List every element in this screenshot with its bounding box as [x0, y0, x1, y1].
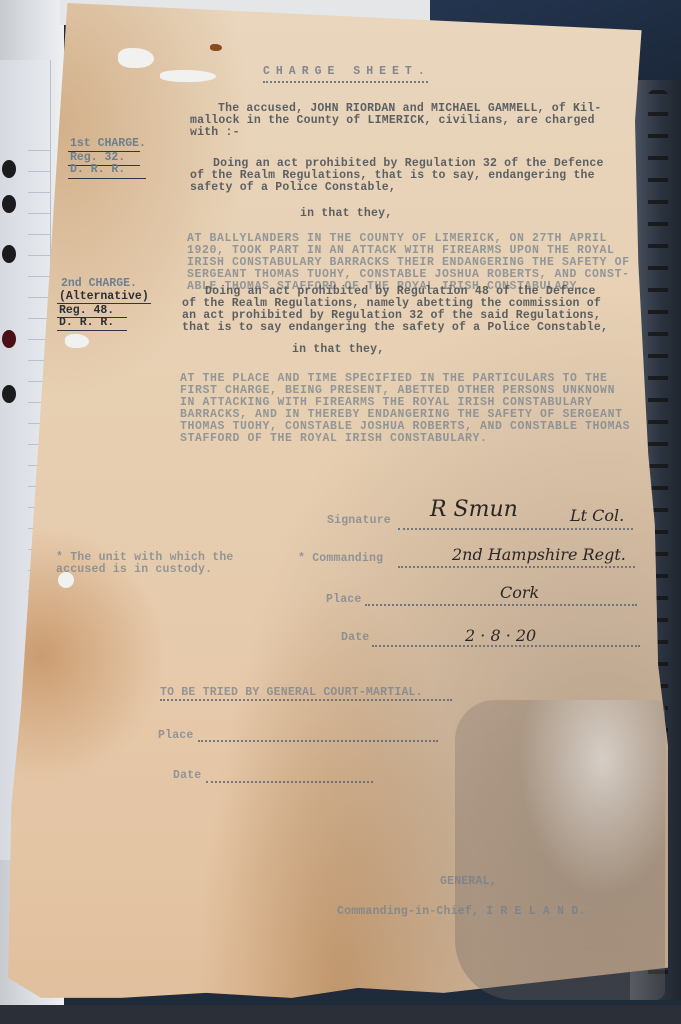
paper-damage — [160, 70, 216, 82]
punch-hole — [2, 385, 16, 403]
date-handwritten: 2 · 8 · 20 — [465, 626, 536, 645]
closing-rank: GENERAL, — [440, 875, 497, 888]
trial-place-line — [198, 740, 438, 742]
offence-line: safety of a Police Constable, — [190, 181, 396, 194]
commanding-handwritten: 2nd Hampshire Regt. — [452, 545, 626, 564]
date-label: Date — [341, 631, 369, 644]
preamble-line: with :- — [190, 126, 240, 139]
margin-underline — [68, 178, 146, 179]
offence-line: that is to say endangering the safety of… — [182, 321, 608, 334]
signature-label: Signature — [327, 514, 391, 527]
trial-heading-underline — [160, 699, 452, 701]
second-charge-drr: D. R. R. — [59, 316, 114, 330]
trial-place-label: Place — [158, 729, 194, 742]
second-charge-alternative: (Alternative) — [59, 290, 149, 304]
second-charge-label: 2nd CHARGE. — [61, 277, 137, 291]
signature-rank: Lt Col. — [570, 506, 624, 525]
trial-date-label: Date — [173, 769, 201, 782]
trial-date-line — [206, 781, 373, 783]
closing-title: Commanding-in-Chief, I R E L A N D. — [337, 905, 586, 918]
date-line — [372, 645, 640, 647]
trial-heading: TO BE TRIED BY GENERAL COURT-MARTIAL. — [160, 686, 423, 699]
paper-damage — [65, 334, 89, 348]
in-that-they: in that they, — [292, 343, 384, 356]
commanding-label: * Commanding — [298, 552, 383, 565]
signature-line — [398, 528, 633, 530]
in-that-they: in that they, — [300, 207, 392, 220]
rust-stain — [210, 44, 222, 51]
document-title: CHARGE SHEET. — [263, 65, 431, 78]
particulars-line: STAFFORD OF THE ROYAL IRISH CONSTABULARY… — [180, 432, 488, 445]
place-handwritten: Cork — [500, 583, 539, 602]
footnote-line: accused is in custody. — [56, 563, 212, 576]
punch-hole — [2, 245, 16, 263]
light-glare — [455, 700, 665, 1000]
title-underline — [263, 81, 428, 83]
margin-underline — [57, 330, 127, 331]
paper-damage — [118, 48, 154, 68]
first-charge-label: 1st CHARGE. — [70, 137, 146, 151]
signature-handwritten: R Smun — [430, 497, 518, 522]
commanding-line — [398, 566, 635, 568]
place-line — [365, 604, 637, 606]
punch-hole — [2, 160, 16, 178]
preamble-line: mallock in the County of LIMERICK, civil… — [190, 114, 595, 127]
place-label: Place — [326, 593, 362, 606]
punch-hole — [2, 195, 16, 213]
first-charge-drr: D. R. R. — [70, 163, 125, 177]
punch-hole — [2, 330, 16, 348]
background-table — [0, 1005, 681, 1024]
